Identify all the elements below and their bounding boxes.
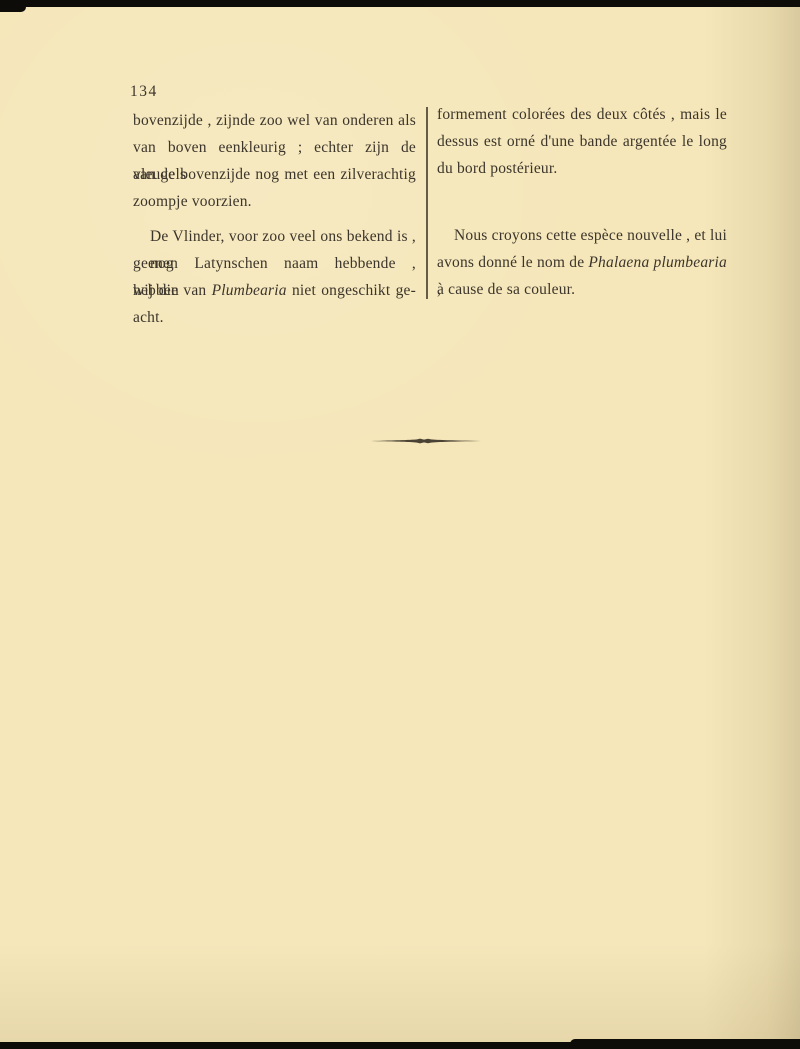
swelled-rule-graphic xyxy=(367,436,481,446)
text-line: à cause de sa couleur. xyxy=(437,276,727,303)
text-segment: avons donné le nom de xyxy=(437,254,588,271)
text-line: bovenzijde , zijnde zoo wel van onderen … xyxy=(133,107,416,134)
text-line: van boven eenkleurig ; echter zijn de vl… xyxy=(133,134,416,161)
text-line: wij die van Plumbearia niet ongeschikt g… xyxy=(133,277,416,304)
dutch-paragraph-1: bovenzijde , zijnde zoo wel van onderen … xyxy=(133,107,416,215)
scan-edge-top-left-notch xyxy=(0,0,26,12)
text-line: dessus est orné d'une bande argentée le … xyxy=(437,128,727,155)
french-paragraph-2: Nous croyons cette espèce nouvelle , et … xyxy=(437,222,727,303)
text-line: aan de bovenzijde nog met een zilveracht… xyxy=(133,161,416,188)
text-line: zoompje voorzien. xyxy=(133,188,416,215)
swelled-rule-ornament xyxy=(367,436,481,446)
text-line: du bord postérieur. xyxy=(437,155,727,182)
french-paragraph-1: formement colorées des deux côtés , mais… xyxy=(437,101,727,182)
column-divider-rule xyxy=(426,107,428,299)
page-number: 134 xyxy=(130,83,158,101)
species-name-italic: Phalaena plumbearia xyxy=(588,254,727,271)
text-line: avons donné le nom de Phalaena plumbeari… xyxy=(437,249,727,276)
text-segment: wij die van xyxy=(133,282,212,299)
text-segment: niet ongeschikt ge- xyxy=(287,282,416,299)
species-name-italic: Plumbearia xyxy=(212,282,287,299)
text-line: Nous croyons cette espèce nouvelle , et … xyxy=(437,222,727,249)
dutch-paragraph-2: De Vlinder, voor zoo veel ons bekend is … xyxy=(133,223,416,331)
text-line: geenen Latynschen naam hebbende , hebben xyxy=(133,250,416,277)
scanned-book-page: 134 bovenzijde , zijnde zoo wel van onde… xyxy=(0,0,800,1049)
scan-edge-bottom-right xyxy=(570,1039,800,1049)
text-line: acht. xyxy=(133,304,416,331)
scan-edge-top xyxy=(0,0,800,7)
text-line: De Vlinder, voor zoo veel ons bekend is … xyxy=(133,223,416,250)
text-line: formement colorées des deux côtés , mais… xyxy=(437,101,727,128)
